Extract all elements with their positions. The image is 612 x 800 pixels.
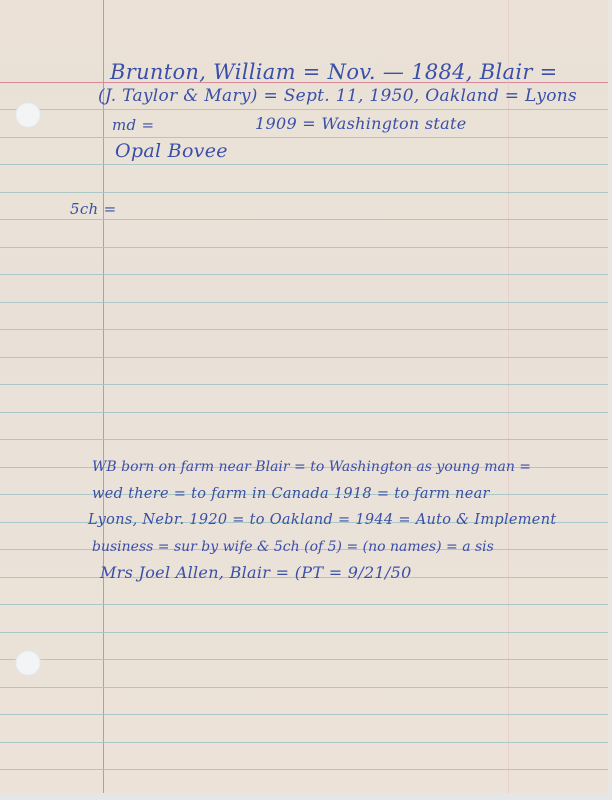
ruled-line <box>0 439 608 440</box>
entry-children: 5ch = <box>70 200 116 218</box>
note-line-1: WB born on farm near Blair = to Washingt… <box>92 459 531 475</box>
ruled-line <box>0 109 608 110</box>
notebook-page: Brunton, William = Nov. — 1884, Blair = … <box>0 0 608 793</box>
ruled-line <box>0 357 608 358</box>
punch-hole-top <box>15 102 41 128</box>
ruled-line <box>0 769 608 770</box>
ruled-line <box>0 247 608 248</box>
ruled-line <box>0 164 608 165</box>
ruled-line <box>0 137 608 138</box>
ruled-line <box>0 329 608 330</box>
ruled-line <box>0 714 608 715</box>
ruled-line <box>0 384 608 385</box>
ruled-line <box>0 604 608 605</box>
ruled-line <box>0 192 608 193</box>
ruled-line <box>0 274 608 275</box>
entry-spouse: Opal Bovee <box>115 140 228 162</box>
ruled-line <box>0 302 608 303</box>
entry-married-label: md = <box>112 116 154 134</box>
note-line-3: Lyons, Nebr. 1920 = to Oakland = 1944 = … <box>88 512 556 528</box>
left-margin-line <box>103 0 104 793</box>
ruled-line <box>0 632 608 633</box>
punch-hole-bottom <box>15 650 41 676</box>
right-margin-line <box>508 0 509 793</box>
note-line-4: business = sur by wife & 5ch (of 5) = (n… <box>92 539 494 555</box>
ruled-line <box>0 219 608 220</box>
entry-married-value: 1909 = Washington state <box>255 114 467 133</box>
note-line-5: Mrs Joel Allen, Blair = (PT = 9/21/50 <box>100 563 412 582</box>
entry-parents-death: (J. Taylor & Mary) = Sept. 11, 1950, Oak… <box>98 86 577 106</box>
ruled-line <box>0 659 608 660</box>
scan-bottom-edge <box>0 793 612 800</box>
ruled-line <box>0 687 608 688</box>
note-line-2: wed there = to farm in Canada 1918 = to … <box>92 486 490 502</box>
ruled-line <box>0 412 608 413</box>
entry-name-birth: Brunton, William = Nov. — 1884, Blair = <box>110 60 558 84</box>
ruled-line <box>0 742 608 743</box>
